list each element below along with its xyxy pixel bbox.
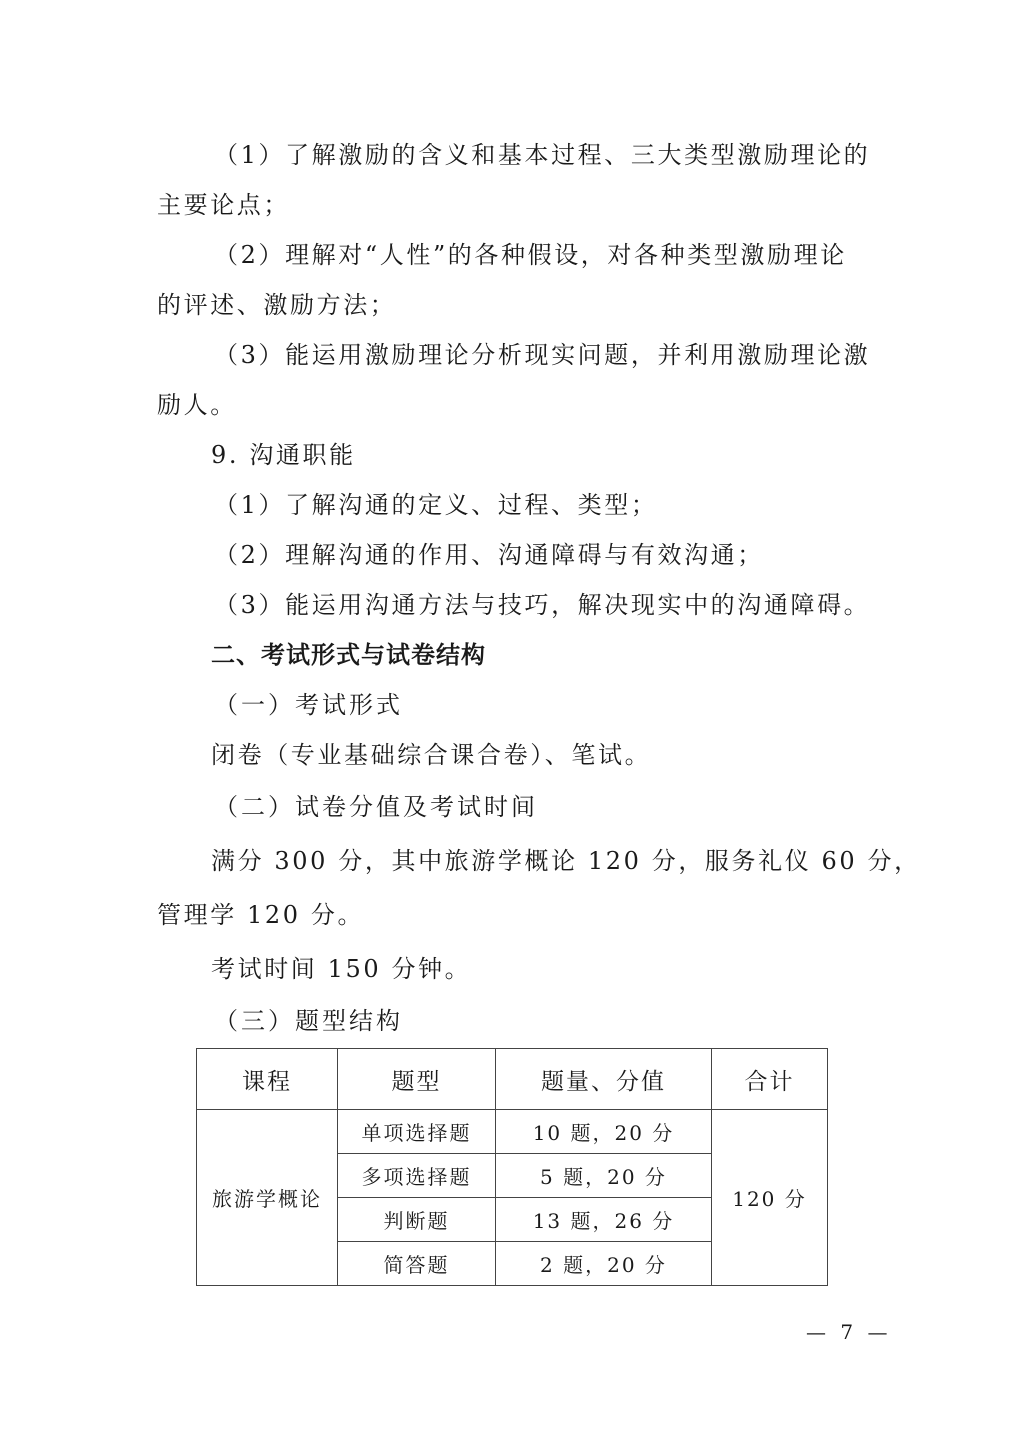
paragraph-2-line-1: （2）理解对“人性”的各种假设，对各种类型激励理论 xyxy=(214,240,847,270)
header-course: 课程 xyxy=(197,1049,338,1110)
paragraph-1-line-2: 主要论点； xyxy=(157,190,290,220)
page-number: — 7 — xyxy=(806,1320,891,1344)
subsection-1-text: 闭卷（专业基础综合课合卷）、笔试。 xyxy=(211,740,651,770)
course-cell: 旅游学概论 xyxy=(197,1110,338,1286)
question-structure-table: 课程 题型 题量、分值 合计 旅游学概论 单项选择题 10 题，20 分 120… xyxy=(196,1048,828,1286)
subsection-1-heading: （一）考试形式 xyxy=(214,690,403,720)
subsection-2-heading: （二）试卷分值及考试时间 xyxy=(214,792,538,822)
amount-cell: 2 题，20 分 xyxy=(496,1242,712,1286)
item-9-point-1: （1）了解沟通的定义、过程、类型； xyxy=(214,490,657,520)
item-9-point-2: （2）理解沟通的作用、沟通障碍与有效沟通； xyxy=(214,540,764,570)
subsection-3-heading: （三）题型结构 xyxy=(214,1006,403,1036)
type-cell: 判断题 xyxy=(338,1198,496,1242)
header-amount: 题量、分值 xyxy=(496,1049,712,1110)
table-row: 旅游学概论 单项选择题 10 题，20 分 120 分 xyxy=(197,1110,828,1154)
subsection-2-text-line-1: 满分 300 分，其中旅游学概论 120 分，服务礼仪 60 分， xyxy=(211,846,921,876)
header-total: 合计 xyxy=(712,1049,828,1110)
amount-cell: 13 题，26 分 xyxy=(496,1198,712,1242)
paragraph-3-line-2: 励人。 xyxy=(157,390,237,420)
paragraph-1-line-1: （1）了解激励的含义和基本过程、三大类型激励理论的 xyxy=(214,140,870,170)
paragraph-2-line-2: 的评述、激励方法； xyxy=(157,290,396,320)
amount-cell: 10 题，20 分 xyxy=(496,1110,712,1154)
section-2-heading: 二、考试形式与试卷结构 xyxy=(211,640,486,670)
amount-cell: 5 题，20 分 xyxy=(496,1154,712,1198)
type-cell: 简答题 xyxy=(338,1242,496,1286)
header-type: 题型 xyxy=(338,1049,496,1110)
total-cell: 120 分 xyxy=(712,1110,828,1286)
table-header-row: 课程 题型 题量、分值 合计 xyxy=(197,1049,828,1110)
item-9-point-3: （3）能运用沟通方法与技巧，解决现实中的沟通障碍。 xyxy=(214,590,870,620)
type-cell: 多项选择题 xyxy=(338,1154,496,1198)
paragraph-3-line-1: （3）能运用激励理论分析现实问题，并利用激励理论激 xyxy=(214,340,870,370)
exam-time: 考试时间 150 分钟。 xyxy=(211,954,471,984)
subsection-2-text-line-2: 管理学 120 分。 xyxy=(157,900,364,930)
item-9-heading: 9. 沟通职能 xyxy=(211,440,356,470)
type-cell: 单项选择题 xyxy=(338,1110,496,1154)
